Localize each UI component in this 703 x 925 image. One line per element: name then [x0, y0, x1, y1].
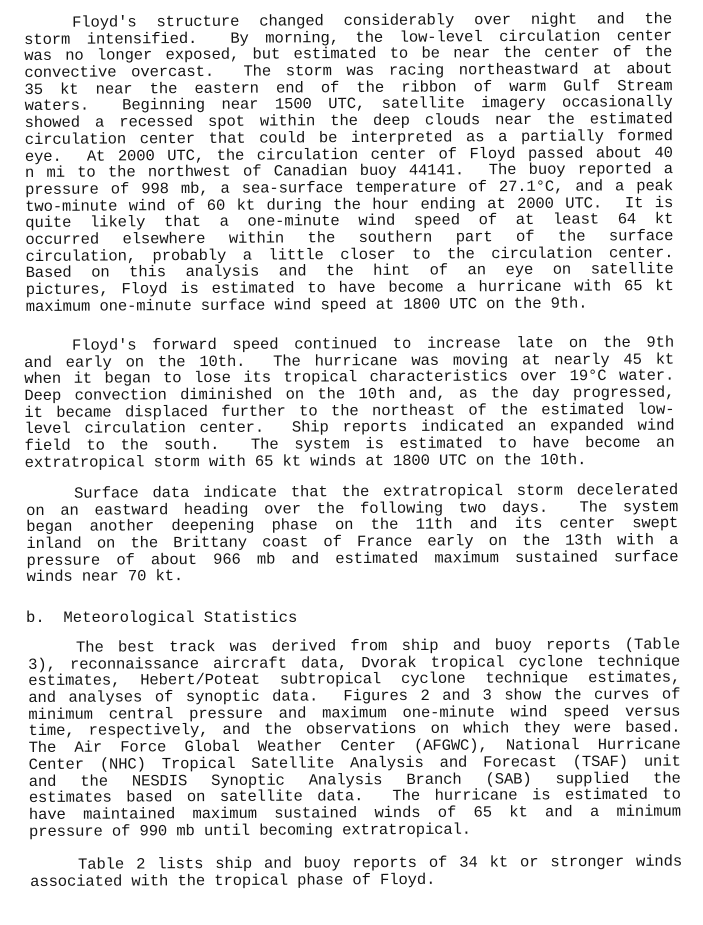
- text-line: winds near 70 kt.: [27, 565, 679, 586]
- paragraph-extratropical-transition: Floyd's forward speed continued to incre…: [24, 335, 675, 472]
- paragraph-table-reference: Table 2 lists ship and buoy reports of 3…: [30, 854, 682, 891]
- text-line: extratropical storm with 65 kt winds at …: [25, 451, 675, 471]
- paragraph-hurricane-intensification: Floyd's structure changed considerably o…: [24, 11, 674, 315]
- text-line: pressure of about 966 mb and estimated m…: [26, 549, 678, 570]
- paragraph-meteorological-statistics: The best track was derived from ship and…: [28, 637, 681, 841]
- text-line: maximum one-minute surface wind speed at…: [26, 295, 674, 316]
- document-page: Floyd's structure changed considerably o…: [0, 0, 703, 925]
- text-line: pressure of 990 mb until becoming extrat…: [29, 820, 681, 840]
- section-heading: b. Meteorological Statistics: [26, 609, 297, 627]
- text-line: associated with the tropical phase of Fl…: [30, 870, 682, 890]
- paragraph-extratropical-storm: Surface data indicate that the extratrop…: [26, 482, 679, 586]
